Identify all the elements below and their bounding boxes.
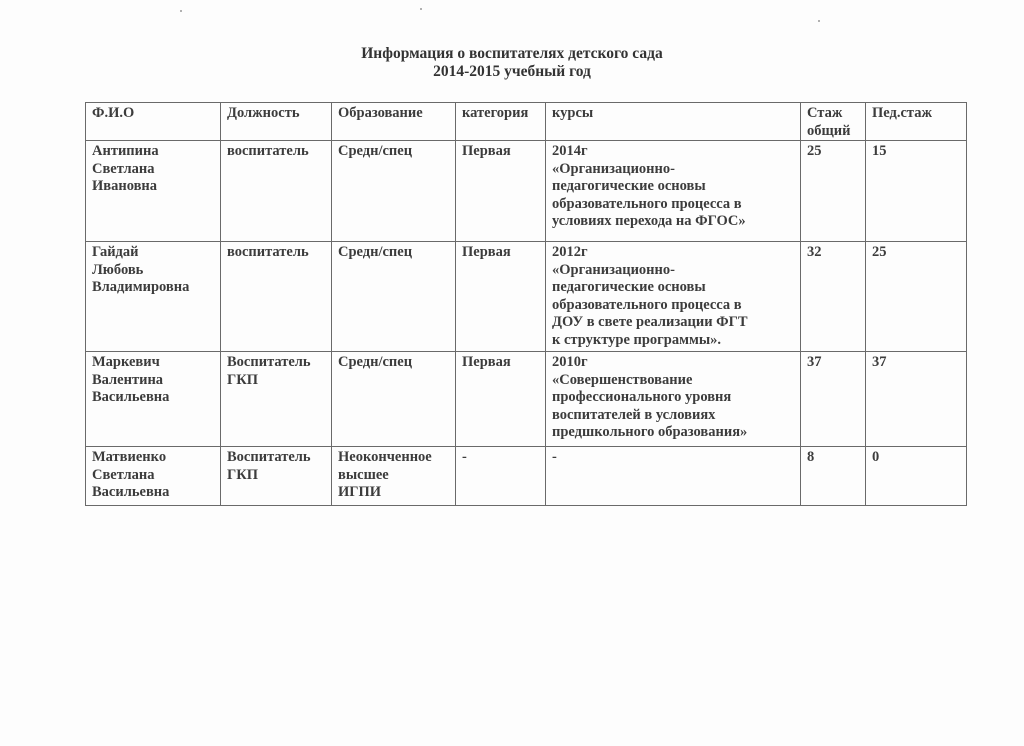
cell-position: ВоспитательГКП <box>221 447 332 506</box>
cell-line: к структуре программы». <box>552 332 796 350</box>
cell-line: ДОУ в свете реализации ФГТ <box>552 314 796 332</box>
cell-courses: - <box>546 447 801 506</box>
cell-line: Антипина <box>92 143 216 161</box>
cell-line: условиях перехода на ФГОС» <box>552 213 796 231</box>
cell-total-experience: 37 <box>801 352 866 447</box>
cell-line: образовательного процесса в <box>552 196 796 214</box>
cell-line: Средн/спец <box>338 354 451 372</box>
cell-ped-experience: 25 <box>866 242 967 352</box>
table-row: МаркевичВалентинаВасильевнаВоспитательГК… <box>86 352 967 447</box>
header-ped-experience: Пед.стаж <box>866 103 967 141</box>
cell-line: 2014г <box>552 143 796 161</box>
cell-courses: 2012г«Организационно-педагогические осно… <box>546 242 801 352</box>
cell-ped-experience: 15 <box>866 141 967 242</box>
cell-courses: 2010г«Совершенствованиепрофессионального… <box>546 352 801 447</box>
cell-line: «Совершенствование <box>552 372 796 390</box>
cell-line: - <box>552 449 796 467</box>
cell-education: Средн/спец <box>332 141 456 242</box>
cell-line: Средн/спец <box>338 244 451 262</box>
cell-position: воспитатель <box>221 141 332 242</box>
cell-name: МатвиенкоСветланаВасильевна <box>86 447 221 506</box>
header-category: категория <box>456 103 546 141</box>
cell-ped-experience: 0 <box>866 447 967 506</box>
cell-ped-experience: 37 <box>866 352 967 447</box>
cell-education: Средн/спец <box>332 242 456 352</box>
cell-position: ВоспитательГКП <box>221 352 332 447</box>
title-line-1: Информация о воспитателях детского сада <box>0 45 1024 63</box>
cell-courses: 2014г«Организационно-педагогические осно… <box>546 141 801 242</box>
cell-line: Любовь <box>92 262 216 280</box>
scan-speck <box>420 8 422 10</box>
cell-line: профессионального уровня <box>552 389 796 407</box>
cell-line: высшее <box>338 467 451 485</box>
cell-name: ГайдайЛюбовьВладимировна <box>86 242 221 352</box>
cell-line: воспитателей в условиях <box>552 407 796 425</box>
cell-line: Воспитатель <box>227 354 327 372</box>
cell-name: АнтипинаСветланаИвановна <box>86 141 221 242</box>
table-header-row: Ф.И.О Должность Образование категория ку… <box>86 103 967 141</box>
cell-education: НеоконченноевысшееИГПИ <box>332 447 456 506</box>
cell-line: ГКП <box>227 467 327 485</box>
cell-line: «Организационно- <box>552 262 796 280</box>
cell-education: Средн/спец <box>332 352 456 447</box>
cell-line: Средн/спец <box>338 143 451 161</box>
cell-line: предшкольного образования» <box>552 424 796 442</box>
header-total-experience: Стаж общий <box>801 103 866 141</box>
cell-line: воспитатель <box>227 143 327 161</box>
cell-line: Светлана <box>92 161 216 179</box>
cell-line: Васильевна <box>92 484 216 502</box>
cell-line: Ивановна <box>92 178 216 196</box>
title-line-2: 2014-2015 учебный год <box>0 63 1024 81</box>
cell-category: Первая <box>456 242 546 352</box>
cell-total-experience: 25 <box>801 141 866 242</box>
document-title: Информация о воспитателях детского сада … <box>0 45 1024 81</box>
table-body: АнтипинаСветланаИвановнавоспитательСредн… <box>86 141 967 506</box>
cell-line: Валентина <box>92 372 216 390</box>
cell-line: педагогические основы <box>552 178 796 196</box>
header-education: Образование <box>332 103 456 141</box>
cell-line: педагогические основы <box>552 279 796 297</box>
cell-position: воспитатель <box>221 242 332 352</box>
cell-line: Гайдай <box>92 244 216 262</box>
cell-name: МаркевичВалентинаВасильевна <box>86 352 221 447</box>
header-total-experience-line2: общий <box>807 123 861 141</box>
cell-line: образовательного процесса в <box>552 297 796 315</box>
cell-line: воспитатель <box>227 244 327 262</box>
cell-line: Владимировна <box>92 279 216 297</box>
table-row: МатвиенкоСветланаВасильевнаВоспитательГК… <box>86 447 967 506</box>
cell-line: Неоконченное <box>338 449 451 467</box>
table-row: АнтипинаСветланаИвановнавоспитательСредн… <box>86 141 967 242</box>
header-position: Должность <box>221 103 332 141</box>
scan-speck <box>818 20 820 22</box>
table-row: ГайдайЛюбовьВладимировнавоспитательСредн… <box>86 242 967 352</box>
cell-line: Матвиенко <box>92 449 216 467</box>
cell-category: Первая <box>456 352 546 447</box>
cell-line: Маркевич <box>92 354 216 372</box>
cell-line: Васильевна <box>92 389 216 407</box>
teachers-table: Ф.И.О Должность Образование категория ку… <box>85 102 967 506</box>
cell-line: «Организационно- <box>552 161 796 179</box>
header-total-experience-line1: Стаж <box>807 105 861 123</box>
cell-line: Светлана <box>92 467 216 485</box>
scan-speck <box>180 10 182 12</box>
cell-line: ГКП <box>227 372 327 390</box>
header-courses: курсы <box>546 103 801 141</box>
cell-category: Первая <box>456 141 546 242</box>
header-name: Ф.И.О <box>86 103 221 141</box>
cell-line: ИГПИ <box>338 484 451 502</box>
cell-line: 2012г <box>552 244 796 262</box>
cell-line: 2010г <box>552 354 796 372</box>
cell-category: - <box>456 447 546 506</box>
cell-line: Воспитатель <box>227 449 327 467</box>
cell-total-experience: 32 <box>801 242 866 352</box>
cell-total-experience: 8 <box>801 447 866 506</box>
